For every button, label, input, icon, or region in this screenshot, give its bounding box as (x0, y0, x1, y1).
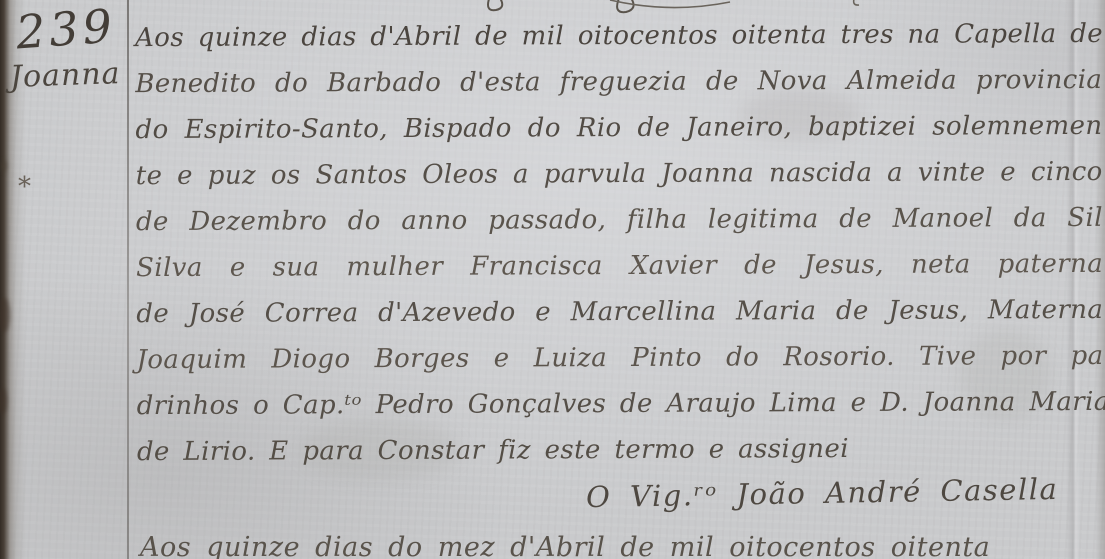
record-line: de José Correa d'Azevedo e Marcellina Ma… (136, 287, 1105, 337)
record-text-block: Aos quinze dias d'Abril de mil oitocento… (135, 11, 1105, 475)
margin-asterisk-mark: * (18, 172, 31, 202)
entry-number: 239 (14, 0, 117, 59)
entry-name: Joanna (9, 56, 121, 95)
baptismal-record-scan: 239 Joanna * Aos quinze dias d'Abril de … (0, 0, 1105, 559)
record-line: te e puz os Santos Oleos a parvula Joann… (136, 149, 1105, 199)
margin-rule-line (127, 0, 129, 559)
record-line: Benedito do Barbado d'esta freguezia de … (135, 57, 1104, 107)
next-entry-partial-line: Aos quinze dias do mez d'Abril de mil oi… (140, 532, 1105, 559)
record-line: de Dezembro do anno passado, filha legit… (136, 195, 1105, 245)
margin-column: 239 Joanna * (0, 0, 127, 559)
record-line: de Lirio. E para Constar fiz este termo … (137, 425, 1105, 475)
vicar-signature: O Vig.ʳᵒ João André Casella (586, 472, 1059, 514)
record-line: do Espirito-Santo, Bispado do Rio de Jan… (135, 103, 1104, 153)
record-line: Aos quinze dias d'Abril de mil oitocento… (135, 11, 1104, 61)
record-line: Joaquim Diogo Borges e Luiza Pinto do Ro… (136, 333, 1105, 383)
record-line: Silva e sua mulher Francisca Xavier de J… (136, 241, 1105, 291)
record-line: drinhos o Cap.ᵗᵒ Pedro Gonçalves de Arau… (137, 379, 1105, 429)
